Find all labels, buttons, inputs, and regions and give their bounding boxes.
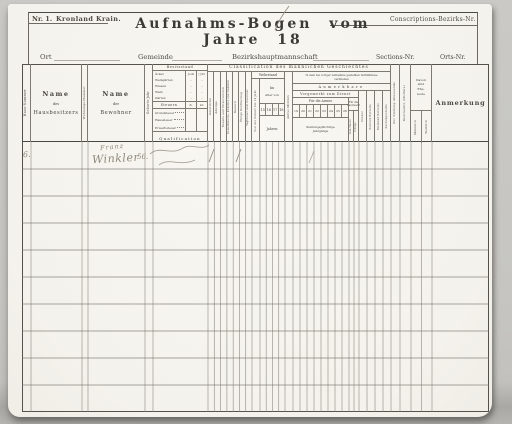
- ort-blank-line: [54, 60, 120, 61]
- category-label: Taglöhner und Inwohner: [247, 89, 250, 126]
- fl-unit: fl.: [185, 102, 196, 108]
- category-label: Geistliche: [209, 98, 212, 115]
- fuer-die-armee-header: Für die Armee: [293, 98, 349, 105]
- category-label: Beamte und Honoratioren: [222, 87, 225, 127]
- col-header-geburtsjahr: Geburts-Jahr: [145, 64, 153, 142]
- qualification-label: Qualification: [153, 132, 207, 144]
- bewohner-l3: Bewohner: [100, 110, 131, 116]
- section-nr-label: Sections-Nr.: [376, 54, 414, 61]
- maennlich-label: Männlich: [414, 120, 417, 135]
- zeitlich-befreite-col: Zeitlich Befreite: [367, 91, 375, 142]
- bezirk-label: Bezirkshauptmannschaft: [232, 53, 318, 61]
- alter-von-label: Alter von: [265, 93, 279, 97]
- steuer-label: Grundsteuer: [153, 111, 174, 115]
- kronland-underline: [28, 23, 108, 24]
- besitzstand-title: Besitzstand: [153, 64, 207, 71]
- dash: –: [185, 95, 196, 101]
- weiblich-label: Weiblich: [425, 120, 428, 134]
- entry-nachname: Winkler: [92, 151, 140, 166]
- bleibend-befreite-label: Bleibend Befreite: [377, 103, 380, 130]
- eheleute-l4: leute: [417, 92, 425, 97]
- bewohner-l1: Name: [102, 90, 129, 98]
- bleibend-befreite-col: Bleibend Befreite: [375, 91, 383, 142]
- col-header-bewohner: Name der Bewohner: [88, 64, 145, 142]
- scan-background: Nr. 1. Kronland Krain. Conscriptions-Bez…: [0, 0, 512, 424]
- orts-nr-label: Orts-Nr.: [440, 54, 465, 61]
- steuern-title: Steuern: [153, 102, 185, 108]
- zeitlich-befreite-label: Zeitlich Befreite: [369, 104, 372, 130]
- wehrstand-age-cells: 15 16 17 18: [260, 103, 285, 116]
- bis14-label: Von der Geburt bis 14 Jahr: [254, 90, 257, 132]
- entry-geburtsjahr: 56.: [137, 153, 148, 161]
- im-label: Im: [270, 86, 274, 90]
- col-header-hausbesitzer: Name des Hausbesitzers: [31, 64, 82, 142]
- jahren-cell: Jahren: [260, 116, 285, 142]
- classification-title: Classification des männlichen Geschlecht…: [208, 64, 391, 72]
- age-cell: 26: [341, 105, 348, 117]
- fuer-die-landwehr-header: Für die Landwehr: [349, 98, 359, 111]
- abwesend2-label: Beurlaubte (Militärs): [403, 85, 406, 121]
- geburtsjahr-label: Geburts-Jahr: [147, 91, 150, 114]
- armee-age-cells: 19 20 21 22 23 24 25 26: [293, 105, 349, 118]
- haus-nummer-label: Haus-Nummer: [24, 89, 28, 116]
- anmerkung-header: Anmerkung: [432, 64, 489, 142]
- diener-label: Diener: [361, 111, 364, 122]
- diener-col: Diener: [359, 91, 367, 142]
- entry-haus-nr: 6.: [23, 150, 31, 160]
- abwesend1-label: Zur Stellung Abwesende: [393, 82, 396, 124]
- age-cell: 24: [327, 105, 334, 117]
- age-cell: 23: [320, 105, 327, 117]
- category-label: Übrige Bevölkerung: [241, 92, 244, 122]
- vorgemerkt-header: Vorgemerkt zum Dienst: [293, 91, 359, 98]
- col-header-haus-nummer: Haus-Nummer: [22, 64, 31, 142]
- abwesend-col-2: Beurlaubte (Militärs): [400, 64, 411, 142]
- steuer-label: Erwerbsteuer: [153, 126, 176, 130]
- voriger-aufnahme-cell: In dem bei voriger Aufnahme gestellten V…: [293, 72, 391, 84]
- land-label: Weingärten: [153, 78, 173, 82]
- anmerkbare-header: Anmerkbare: [293, 84, 391, 91]
- form-number-label: Nr. 1.: [32, 15, 52, 23]
- steuern-row-erwerb: Erwerbsteuer: [153, 124, 207, 132]
- hausbesitzer-l2: des: [53, 102, 59, 106]
- steuern-box: Steuern fl. kr. Grundsteuer Haussteuer E…: [153, 101, 207, 132]
- gemeinde-blank-line: [172, 60, 222, 61]
- hausbesitzer-l3: Hausbesitzers: [33, 110, 78, 116]
- militaers-label: Aktive Militärs: [287, 95, 290, 119]
- bewohner-l2: der: [113, 102, 119, 106]
- steuer-label: Haussteuer: [153, 118, 173, 122]
- zurueckgestellte-label: Zurückgestellte: [385, 104, 388, 129]
- stellungspflichtige-cell: Stellungspflichtige Jahrgänge: [293, 118, 349, 142]
- landwehr-cell-label: Übrige: [355, 122, 358, 132]
- kr-unit: kr.: [196, 102, 207, 108]
- dash: –: [196, 95, 207, 101]
- land-label: Wald: [153, 90, 163, 94]
- gemeinde-label: Gemeinde: [138, 53, 173, 61]
- maennlich-cell: Männlich: [411, 111, 421, 143]
- land-label: Gärten: [153, 96, 166, 100]
- zurueckgestellte-col: Zurückgestellte: [383, 91, 391, 142]
- age-cell: 22: [313, 105, 320, 117]
- ort-label: Ort: [40, 53, 52, 61]
- land-label: Äcker: [153, 72, 164, 76]
- form-title: Aufnahms-Bogen vom Jahre 18: [103, 24, 403, 40]
- category-label: Gewerbsleute, Künstler und Gehilfen: [228, 80, 231, 134]
- eheleute-box: Davon sind Ehe- leute Männlich Weiblich: [411, 64, 432, 142]
- weiblich-cell: Weiblich: [421, 111, 432, 143]
- im-alter-von-cell: Im Alter von: [260, 79, 285, 103]
- age-cell: 21: [306, 105, 313, 117]
- wohnungs-nummer-label: Wohnungs-Nummer: [83, 86, 86, 119]
- steuern-row-grund: Grundsteuer: [153, 109, 207, 117]
- steuern-row-haus: Haussteuer: [153, 117, 207, 125]
- bis14-col: Von der Geburt bis 14 Jahr: [252, 79, 260, 142]
- land-label: Wiesen: [153, 84, 166, 88]
- wehrstand-title: Wehrstand: [252, 72, 285, 79]
- category-label: Adelige: [215, 101, 218, 114]
- age-cell: 25: [334, 105, 341, 117]
- abwesend-col-1: Zur Stellung Abwesende: [391, 64, 400, 142]
- age-cell: 18: [278, 104, 284, 115]
- age-cell: 20: [299, 105, 306, 117]
- category-label: Bauern: [234, 101, 237, 113]
- besitzstand-box: Besitzstand Äcker Joch □Kl. Weingärten –…: [153, 64, 208, 142]
- hausbesitzer-l1: Name: [42, 90, 69, 98]
- bezirk-blank-line: [313, 60, 369, 61]
- scanned-form-page: Nr. 1. Kronland Krain. Conscriptions-Bez…: [8, 4, 492, 417]
- aktive-militaers-col: Aktive Militärs: [285, 72, 293, 142]
- landwehr-cell-label: Vom Heere: [350, 119, 353, 134]
